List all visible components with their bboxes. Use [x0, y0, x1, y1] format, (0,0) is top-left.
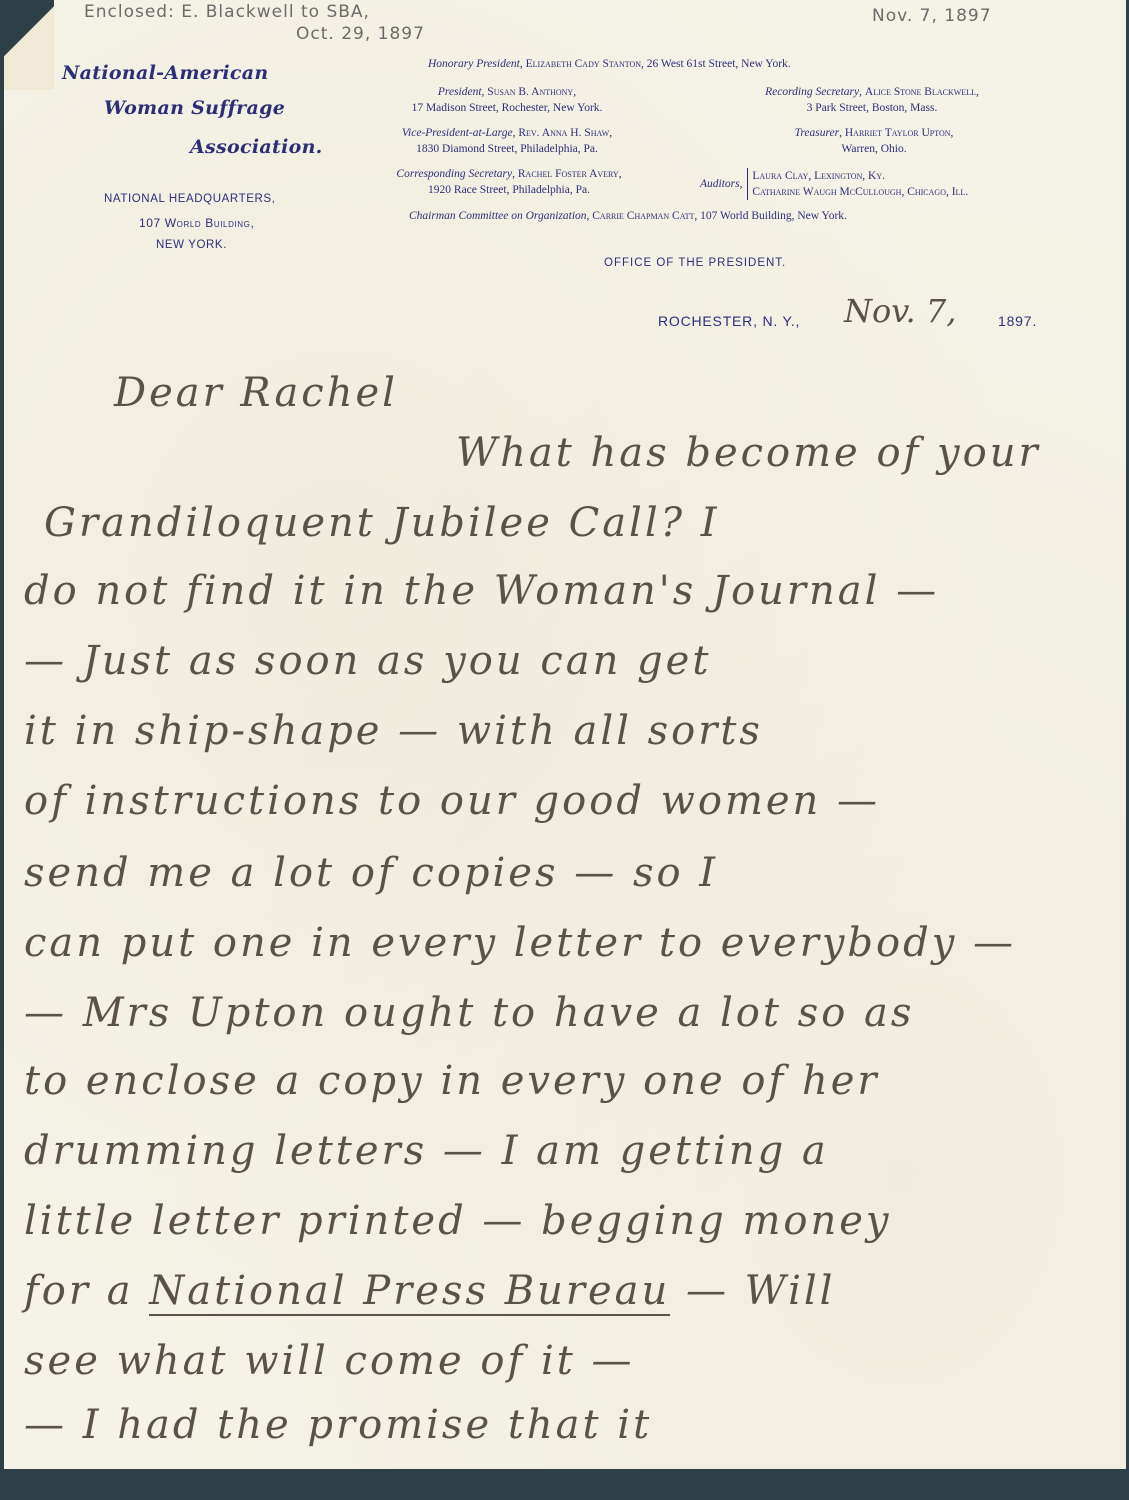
org-name-line1: National-American	[62, 62, 269, 84]
letter-line-13: for a National Press Bureau — Will	[24, 1268, 835, 1314]
honorary-president-block: Honorary President, Elizabeth Cady Stant…	[428, 56, 791, 72]
place-line: ROCHESTER, N. Y.,	[658, 313, 800, 329]
recording-secretary-block: Recording Secretary, Alice Stone Blackwe…	[722, 84, 1022, 116]
archival-note-line2: Oct. 29, 1897	[296, 24, 425, 44]
auditors-block: Auditors, Laura Clay, Lexington, Ky. Cat…	[700, 168, 968, 200]
letter-line-10: to enclose a copy in every one of her	[24, 1058, 880, 1104]
letter-page: Enclosed: E. Blackwell to SBA, Oct. 29, …	[4, 0, 1126, 1469]
letter-line-8: can put one in every letter to everybody…	[24, 920, 1016, 966]
underlined-phrase: National Press Bureau	[149, 1268, 670, 1316]
letter-line-3: do not find it in the Woman's Journal —	[24, 568, 939, 614]
hq-line2: 107 World Building,	[139, 216, 254, 230]
letter-line-7: send me a lot of copies — so I	[24, 850, 718, 896]
letter-line-6: of instructions to our good women —	[24, 778, 880, 824]
letter-line-12: little letter printed — begging money	[24, 1198, 892, 1244]
letter-line-5: it in ship-shape — with all sorts	[24, 708, 763, 754]
corresponding-secretary-block: Corresponding Secretary, Rachel Foster A…	[354, 166, 664, 198]
letter-line-11: drumming letters — I am getting a	[24, 1128, 829, 1174]
letter-line-14: see what will come of it —	[24, 1338, 635, 1384]
vice-president-block: Vice-President-at-Large, Rev. Anna H. Sh…	[362, 125, 652, 157]
folded-corner	[4, 0, 54, 90]
archival-note-line1: Enclosed: E. Blackwell to SBA,	[84, 2, 370, 22]
archival-date-stamp: Nov. 7, 1897	[872, 6, 992, 26]
president-block: President, Susan B. Anthony, 17 Madison …	[372, 84, 642, 116]
org-name-line2: Woman Suffrage	[104, 97, 285, 119]
letter-line-1: What has become of your	[456, 430, 1041, 476]
letter-line-4: — Just as soon as you can get	[24, 638, 711, 684]
hq-line3: NEW YORK.	[156, 239, 227, 251]
handwritten-date: Nov. 7,	[844, 292, 956, 330]
hq-line1: NATIONAL HEADQUARTERS,	[104, 193, 275, 205]
treasurer-block: Treasurer, Harriet Taylor Upton, Warren,…	[739, 125, 1009, 157]
org-name-line3: Association.	[190, 136, 323, 158]
office-of-president: OFFICE OF THE PRESIDENT.	[604, 257, 786, 269]
chairman-block: Chairman Committee on Organization, Carr…	[409, 208, 847, 224]
letter-line-2: Grandiloquent Jubilee Call? I	[44, 500, 720, 546]
letter-line-15: — I had the promise that it	[24, 1402, 652, 1448]
year: 1897.	[998, 313, 1037, 329]
salutation: Dear Rachel	[114, 370, 398, 416]
letter-line-9: — Mrs Upton ought to have a lot so as	[24, 990, 914, 1036]
